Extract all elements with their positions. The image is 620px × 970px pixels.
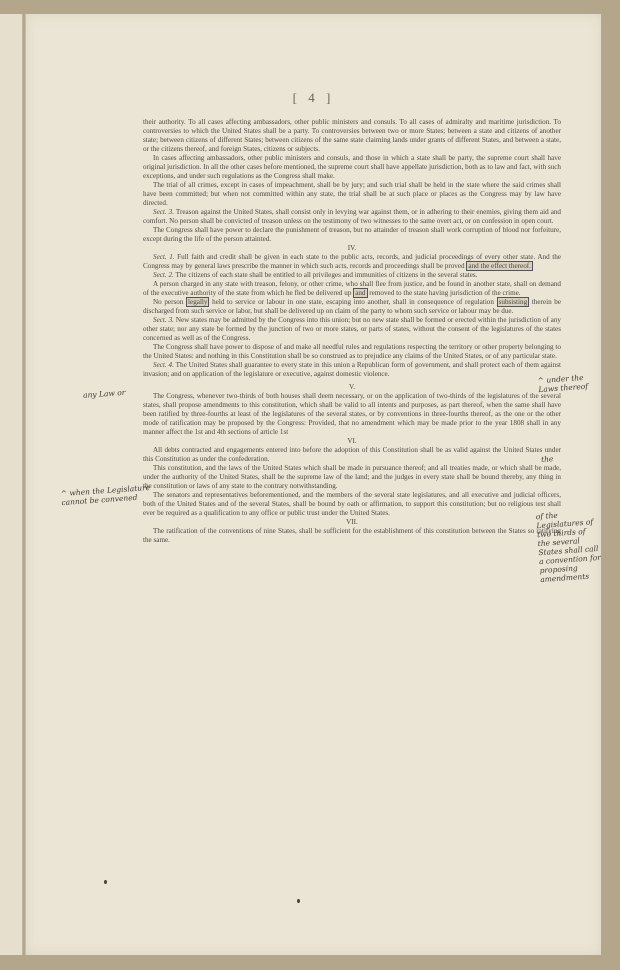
paragraph: their authority. To all cases affecting …: [143, 118, 561, 154]
margin-note-right: ^ under the Laws thereof: [537, 372, 600, 394]
section-label: Sect. 3.: [153, 208, 174, 216]
paragraph: This constitution, and the laws of the U…: [143, 464, 561, 491]
paragraph: The trial of all crimes, except in cases…: [143, 181, 561, 208]
paragraph: No person legally held to service or lab…: [143, 298, 561, 316]
section-paragraph: Sect. 1. Full faith and credit shall be …: [143, 253, 561, 271]
article-heading: VII.: [143, 518, 561, 527]
section-label: Sect. 1.: [153, 253, 175, 261]
section-paragraph: Sect. 2. The citizens of each state shal…: [143, 271, 561, 280]
margin-note-right: the: [541, 453, 572, 464]
paragraph-text: No person: [153, 298, 183, 306]
ink-speck: [297, 899, 300, 903]
boxed-insertion: and the effect thereof.: [466, 261, 533, 271]
adjacent-page-edge: [0, 14, 23, 955]
boxed-insertion: and: [353, 288, 367, 298]
article-heading: V.: [143, 383, 561, 392]
boxed-insertion: subsisting: [497, 297, 530, 307]
section-label: Sect. 4.: [153, 361, 174, 369]
paragraph: The Congress shall have power to dispose…: [143, 343, 561, 361]
document-page: [ 4 ] their authority. To all cases affe…: [25, 14, 601, 955]
section-text: The United States shall guarantee to eve…: [143, 361, 561, 378]
paragraph: The Congress, whenever two-thirds of bot…: [143, 392, 561, 437]
section-text: New states may be admitted by the Congre…: [143, 316, 561, 342]
page-number: [ 4 ]: [26, 90, 601, 106]
section-text: Treason against the United States, shall…: [143, 208, 561, 225]
paragraph: The Congress shall have power to declare…: [143, 226, 561, 244]
boxed-insertion: legally: [186, 297, 209, 307]
margin-note-right: of the Legislatures of two thirds of the…: [536, 508, 603, 584]
paragraph: A person charged in any state with treas…: [143, 280, 561, 298]
section-paragraph: Sect. 3. New states may be admitted by t…: [143, 316, 561, 343]
article-heading: VI.: [143, 437, 561, 446]
article-heading: IV.: [143, 244, 561, 253]
paragraph: The ratification of the conventions of n…: [143, 527, 561, 545]
paragraph: The senators and representatives beforem…: [143, 491, 561, 518]
section-label: Sect. 2.: [153, 271, 174, 279]
constitution-text: their authority. To all cases affecting …: [143, 118, 561, 545]
margin-note-left: ^ when the Legislature cannot be convene…: [60, 483, 151, 507]
paragraph-text: held to service or labour in one state, …: [212, 298, 494, 306]
section-text: The citizens of each state shall be enti…: [175, 271, 477, 279]
section-paragraph: Sect. 4. The United States shall guarant…: [143, 361, 561, 379]
ink-speck: [104, 880, 107, 884]
section-paragraph: Sect. 3. Treason against the United Stat…: [143, 208, 561, 226]
paragraph: In cases affecting ambassadors, other pu…: [143, 154, 561, 181]
paragraph: All debts contracted and engagements ent…: [143, 446, 561, 464]
section-label: Sect. 3.: [153, 316, 174, 324]
paragraph-text: removed to the state having jurisdiction…: [369, 289, 520, 297]
